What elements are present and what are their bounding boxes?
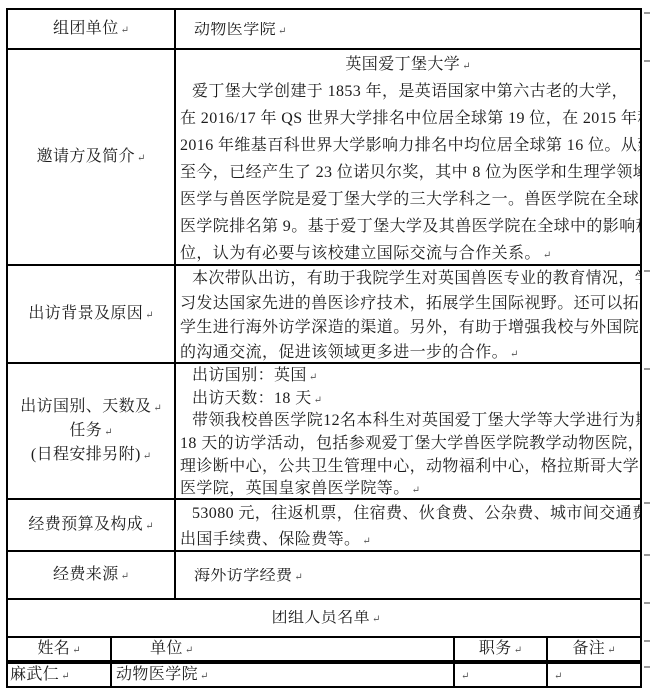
text-line: 海外访学经费↵ — [176, 568, 640, 584]
paragraph-mark: ↵ — [121, 26, 129, 36]
text-line: 组团单位↵ — [53, 17, 129, 41]
row-end-mark — [644, 502, 650, 504]
text-line: 带领我校兽医学院12名本科生对英国爱丁堡大学等大学进行为期 — [176, 410, 640, 433]
text-line: 出访背景及原因↵ — [28, 302, 153, 326]
roster-header-unit: 单位↵ — [112, 638, 455, 660]
text-line: 团组人员名单↵ — [268, 610, 381, 626]
text-line: 本次带队出访，有助于我院学生对英国兽医专业的教育情况，学 — [176, 267, 640, 292]
row-end-mark — [644, 666, 650, 668]
text-line: (日程安排另附)↵ — [31, 443, 151, 467]
text-line: 出国手续费、保险费等。↵ — [176, 527, 640, 550]
value-visit-background: 本次带队出访，有助于我院学生对英国兽医专业的教育情况，学习发达国家先进的兽医诊疗… — [176, 266, 640, 362]
paragraph-mark: ↵ — [462, 62, 470, 72]
text-line: 医学院排名第 9。基于爱丁堡大学及其兽医学院在全球中的影响和地 — [176, 213, 640, 240]
text-line: 2016 年维基百科世界大学影响力排名中均位居全球第 16 位。从建校 — [176, 132, 640, 159]
paragraph-mark: ↵ — [137, 154, 145, 164]
paragraph-mark: ↵ — [200, 672, 208, 682]
paragraph-mark: ↵ — [461, 672, 469, 682]
paragraph-mark: ↵ — [309, 373, 317, 383]
paragraph-mark: ↵ — [153, 404, 161, 414]
row-end-mark — [644, 60, 650, 62]
text-line: 理诊断中心，公共卫生管理中心，动物福利中心，格拉斯哥大学兽 — [176, 455, 640, 478]
paragraph-mark: ↵ — [510, 350, 518, 360]
text-line: 动物医学院↵ — [176, 22, 640, 38]
roster-member-position: ↵ — [455, 664, 548, 686]
paragraph-mark: ↵ — [543, 251, 551, 261]
row-funding-source: 经费来源↵ 海外访学经费↵ — [8, 552, 640, 600]
paragraph-mark: ↵ — [294, 573, 302, 583]
visit-application-form: 组团单位↵ 动物医学院↵ 邀请方及简介↵ 英国爱丁堡大学↵爱丁堡大学创建于 18… — [6, 8, 642, 688]
paragraph-mark: ↵ — [61, 672, 69, 682]
label-inviter-profile: 邀请方及简介↵ — [8, 50, 176, 264]
text-line: 邀请方及简介↵ — [37, 145, 146, 169]
text-line: 出访国别、天数及↵ — [20, 395, 162, 419]
text-line: 出访国别：英国↵ — [176, 365, 640, 388]
text-line: 备注↵ — [548, 639, 640, 659]
row-country-days-tasks: 出访国别、天数及↵任务↵(日程安排另附)↵ 出访国别：英国↵出访天数：18 天↵… — [8, 364, 640, 500]
text-line: 出访天数：18 天↵ — [176, 388, 640, 411]
text-line: 18 天的访学活动，包括参观爱丁堡大学兽医学院教学动物医院，病 — [176, 433, 640, 456]
roster-data-row: 麻武仁↵ 动物医学院↵ ↵ ↵ — [8, 664, 640, 686]
label-budget: 经费预算及构成↵ — [8, 500, 176, 550]
value-budget: 53080 元，往返机票，住宿费、伙食费、公杂费、城市间交通费、出国手续费、保险… — [176, 500, 640, 550]
text-line: 单位↵ — [112, 639, 453, 659]
text-line: 的沟通交流，促进该领域更多进一步的合作。↵ — [176, 341, 640, 363]
roster-title: 团组人员名单↵ — [8, 600, 640, 636]
label-visit-background: 出访背景及原因↵ — [8, 266, 176, 362]
roster-member-note: ↵ — [548, 664, 640, 686]
value-organizing-unit: 动物医学院↵ — [176, 10, 640, 48]
paragraph-mark: ↵ — [185, 646, 193, 656]
roster-header-note: 备注↵ — [548, 638, 640, 660]
text-line: 经费来源↵ — [53, 563, 129, 587]
text-line: 至今，已经产生了 23 位诺贝尔奖，其中 8 位为医学和生理学领域， — [176, 159, 640, 186]
paragraph-mark: ↵ — [362, 537, 370, 547]
row-end-mark — [644, 554, 650, 556]
paragraph-mark: ↵ — [607, 646, 615, 656]
roster-member-name: 麻武仁↵ — [8, 664, 112, 686]
paragraph-mark: ↵ — [121, 572, 129, 582]
text-line: 爱丁堡大学创建于 1853 年，是英语国家中第六古老的大学， — [176, 78, 640, 105]
text-line: 经费预算及构成↵ — [28, 513, 153, 537]
paragraph-mark: ↵ — [514, 646, 522, 656]
paragraph-mark: ↵ — [104, 428, 112, 438]
row-organizing-unit: 组团单位↵ 动物医学院↵ — [8, 10, 640, 50]
text-line: 医学院，英国皇家兽医学院等。↵ — [176, 478, 640, 498]
paragraph-mark: ↵ — [145, 311, 153, 321]
text-line: 职务↵ — [455, 639, 546, 659]
text-line: ↵ — [455, 665, 546, 685]
row-inviter-profile: 邀请方及简介↵ 英国爱丁堡大学↵爱丁堡大学创建于 1853 年，是英语国家中第六… — [8, 50, 640, 266]
row-end-mark — [644, 12, 650, 14]
paragraph-mark: ↵ — [143, 452, 151, 462]
row-end-mark — [644, 602, 650, 604]
roster-header-row: 姓名↵ 单位↵ 职务↵ 备注↵ — [8, 638, 640, 664]
text-line: 53080 元，往返机票，住宿费、伙食费、公杂费、城市间交通费、 — [176, 501, 640, 527]
text-line: 麻武仁↵ — [8, 665, 110, 685]
form-page: 组团单位↵ 动物医学院↵ 邀请方及简介↵ 英国爱丁堡大学↵爱丁堡大学创建于 18… — [0, 0, 650, 690]
label-funding-source: 经费来源↵ — [8, 552, 176, 598]
text-line: 英国爱丁堡大学↵ — [176, 51, 640, 78]
value-country-days-tasks: 出访国别：英国↵出访天数：18 天↵带领我校兽医学院12名本科生对英国爱丁堡大学… — [176, 364, 640, 498]
roster-header-position: 职务↵ — [455, 638, 548, 660]
paragraph-mark: ↵ — [72, 646, 80, 656]
row-budget: 经费预算及构成↵ 53080 元，往返机票，住宿费、伙食费、公杂费、城市间交通费… — [8, 500, 640, 552]
paragraph-mark: ↵ — [372, 615, 380, 625]
text-line: 医学与兽医学院是爱丁堡大学的三大学科之一。兽医学院在全球兽 — [176, 186, 640, 213]
text-line: 习发达国家先进的兽医诊疗技术，拓展学生国际视野。还可以拓宽 — [176, 292, 640, 317]
label-country-days-tasks: 出访国别、天数及↵任务↵(日程安排另附)↵ — [8, 364, 176, 498]
text-line: 动物医学院↵ — [112, 665, 453, 685]
text-line: 任务↵ — [69, 419, 112, 443]
roster-header-name: 姓名↵ — [8, 638, 112, 660]
roster-member-unit: 动物医学院↵ — [112, 664, 455, 686]
paragraph-mark: ↵ — [278, 27, 286, 37]
paragraph-mark: ↵ — [412, 486, 420, 496]
text-line: 姓名↵ — [8, 639, 110, 659]
paragraph-mark: ↵ — [314, 396, 322, 406]
text-line: 学生进行海外访学深造的渠道。另外，有助于增强我校与外国院校 — [176, 316, 640, 341]
roster-title-row: 团组人员名单↵ — [8, 600, 640, 638]
text-line: 在 2016/17 年 QS 世界大学排名中位居全球第 19 位，在 2015 … — [176, 105, 640, 132]
row-visit-background: 出访背景及原因↵ 本次带队出访，有助于我院学生对英国兽医专业的教育情况，学习发达… — [8, 266, 640, 364]
label-organizing-unit: 组团单位↵ — [8, 10, 176, 48]
text-line: ↵ — [548, 665, 640, 685]
value-inviter-profile: 英国爱丁堡大学↵爱丁堡大学创建于 1853 年，是英语国家中第六古老的大学，在 … — [176, 50, 640, 264]
row-end-mark — [644, 270, 650, 272]
paragraph-mark: ↵ — [145, 522, 153, 532]
row-end-mark — [644, 368, 650, 370]
value-funding-source: 海外访学经费↵ — [176, 552, 640, 598]
row-end-mark — [644, 640, 650, 642]
paragraph-mark: ↵ — [554, 672, 562, 682]
text-line: 位，认为有必要与该校建立国际交流与合作关系。↵ — [176, 240, 640, 264]
